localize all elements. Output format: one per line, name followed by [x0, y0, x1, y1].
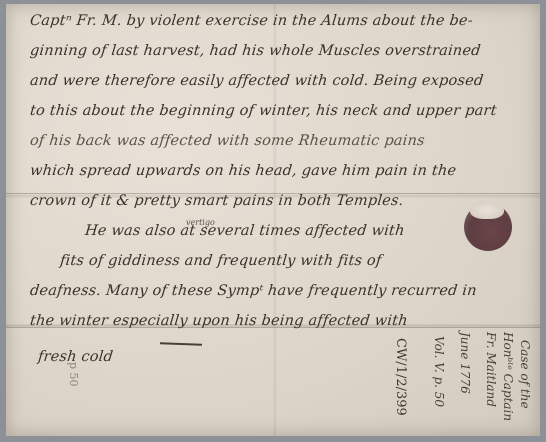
interlinear-insertion: vertigo	[186, 218, 215, 227]
text-line: deafness. Many of these Sympᵗ have frequ…	[28, 276, 531, 306]
text-line: crown of it & pretty smart pains in both…	[28, 186, 531, 216]
text-line: to this about the beginning of winter, h…	[28, 96, 531, 126]
docket-line: Case of the	[518, 340, 532, 409]
text-line: He was also at several times affected wi…	[28, 216, 531, 246]
text-line: which spread upwards on his head, gave h…	[28, 156, 531, 186]
docket-line: Vol. V. p. 50	[432, 336, 446, 407]
text-line: and were therefore easily affected with …	[28, 66, 531, 96]
docket-line: Honᵇˡᵉ Captain	[501, 332, 515, 421]
letter-body: Captⁿ Fr. M. by violent exercise in the …	[30, 6, 530, 372]
wax-seal-highlight	[470, 201, 504, 219]
text-line: of his back was affected with some Rheum…	[28, 126, 531, 156]
text-line: fresh cold	[28, 342, 531, 372]
archive-reference: CW/1/2/399	[393, 338, 408, 416]
docket-line: Fr. Maitland	[484, 332, 498, 407]
docket-line: June 1776	[458, 332, 472, 394]
text-line: Captⁿ Fr. M. by violent exercise in the …	[28, 6, 531, 36]
text-line: the winter especially upon his being aff…	[28, 306, 531, 336]
text-line: fits of giddiness and frequently with fi…	[28, 246, 531, 276]
pencil-page-note: p 50	[67, 362, 80, 387]
text-line: ginning of last harvest, had his whole M…	[28, 36, 531, 66]
